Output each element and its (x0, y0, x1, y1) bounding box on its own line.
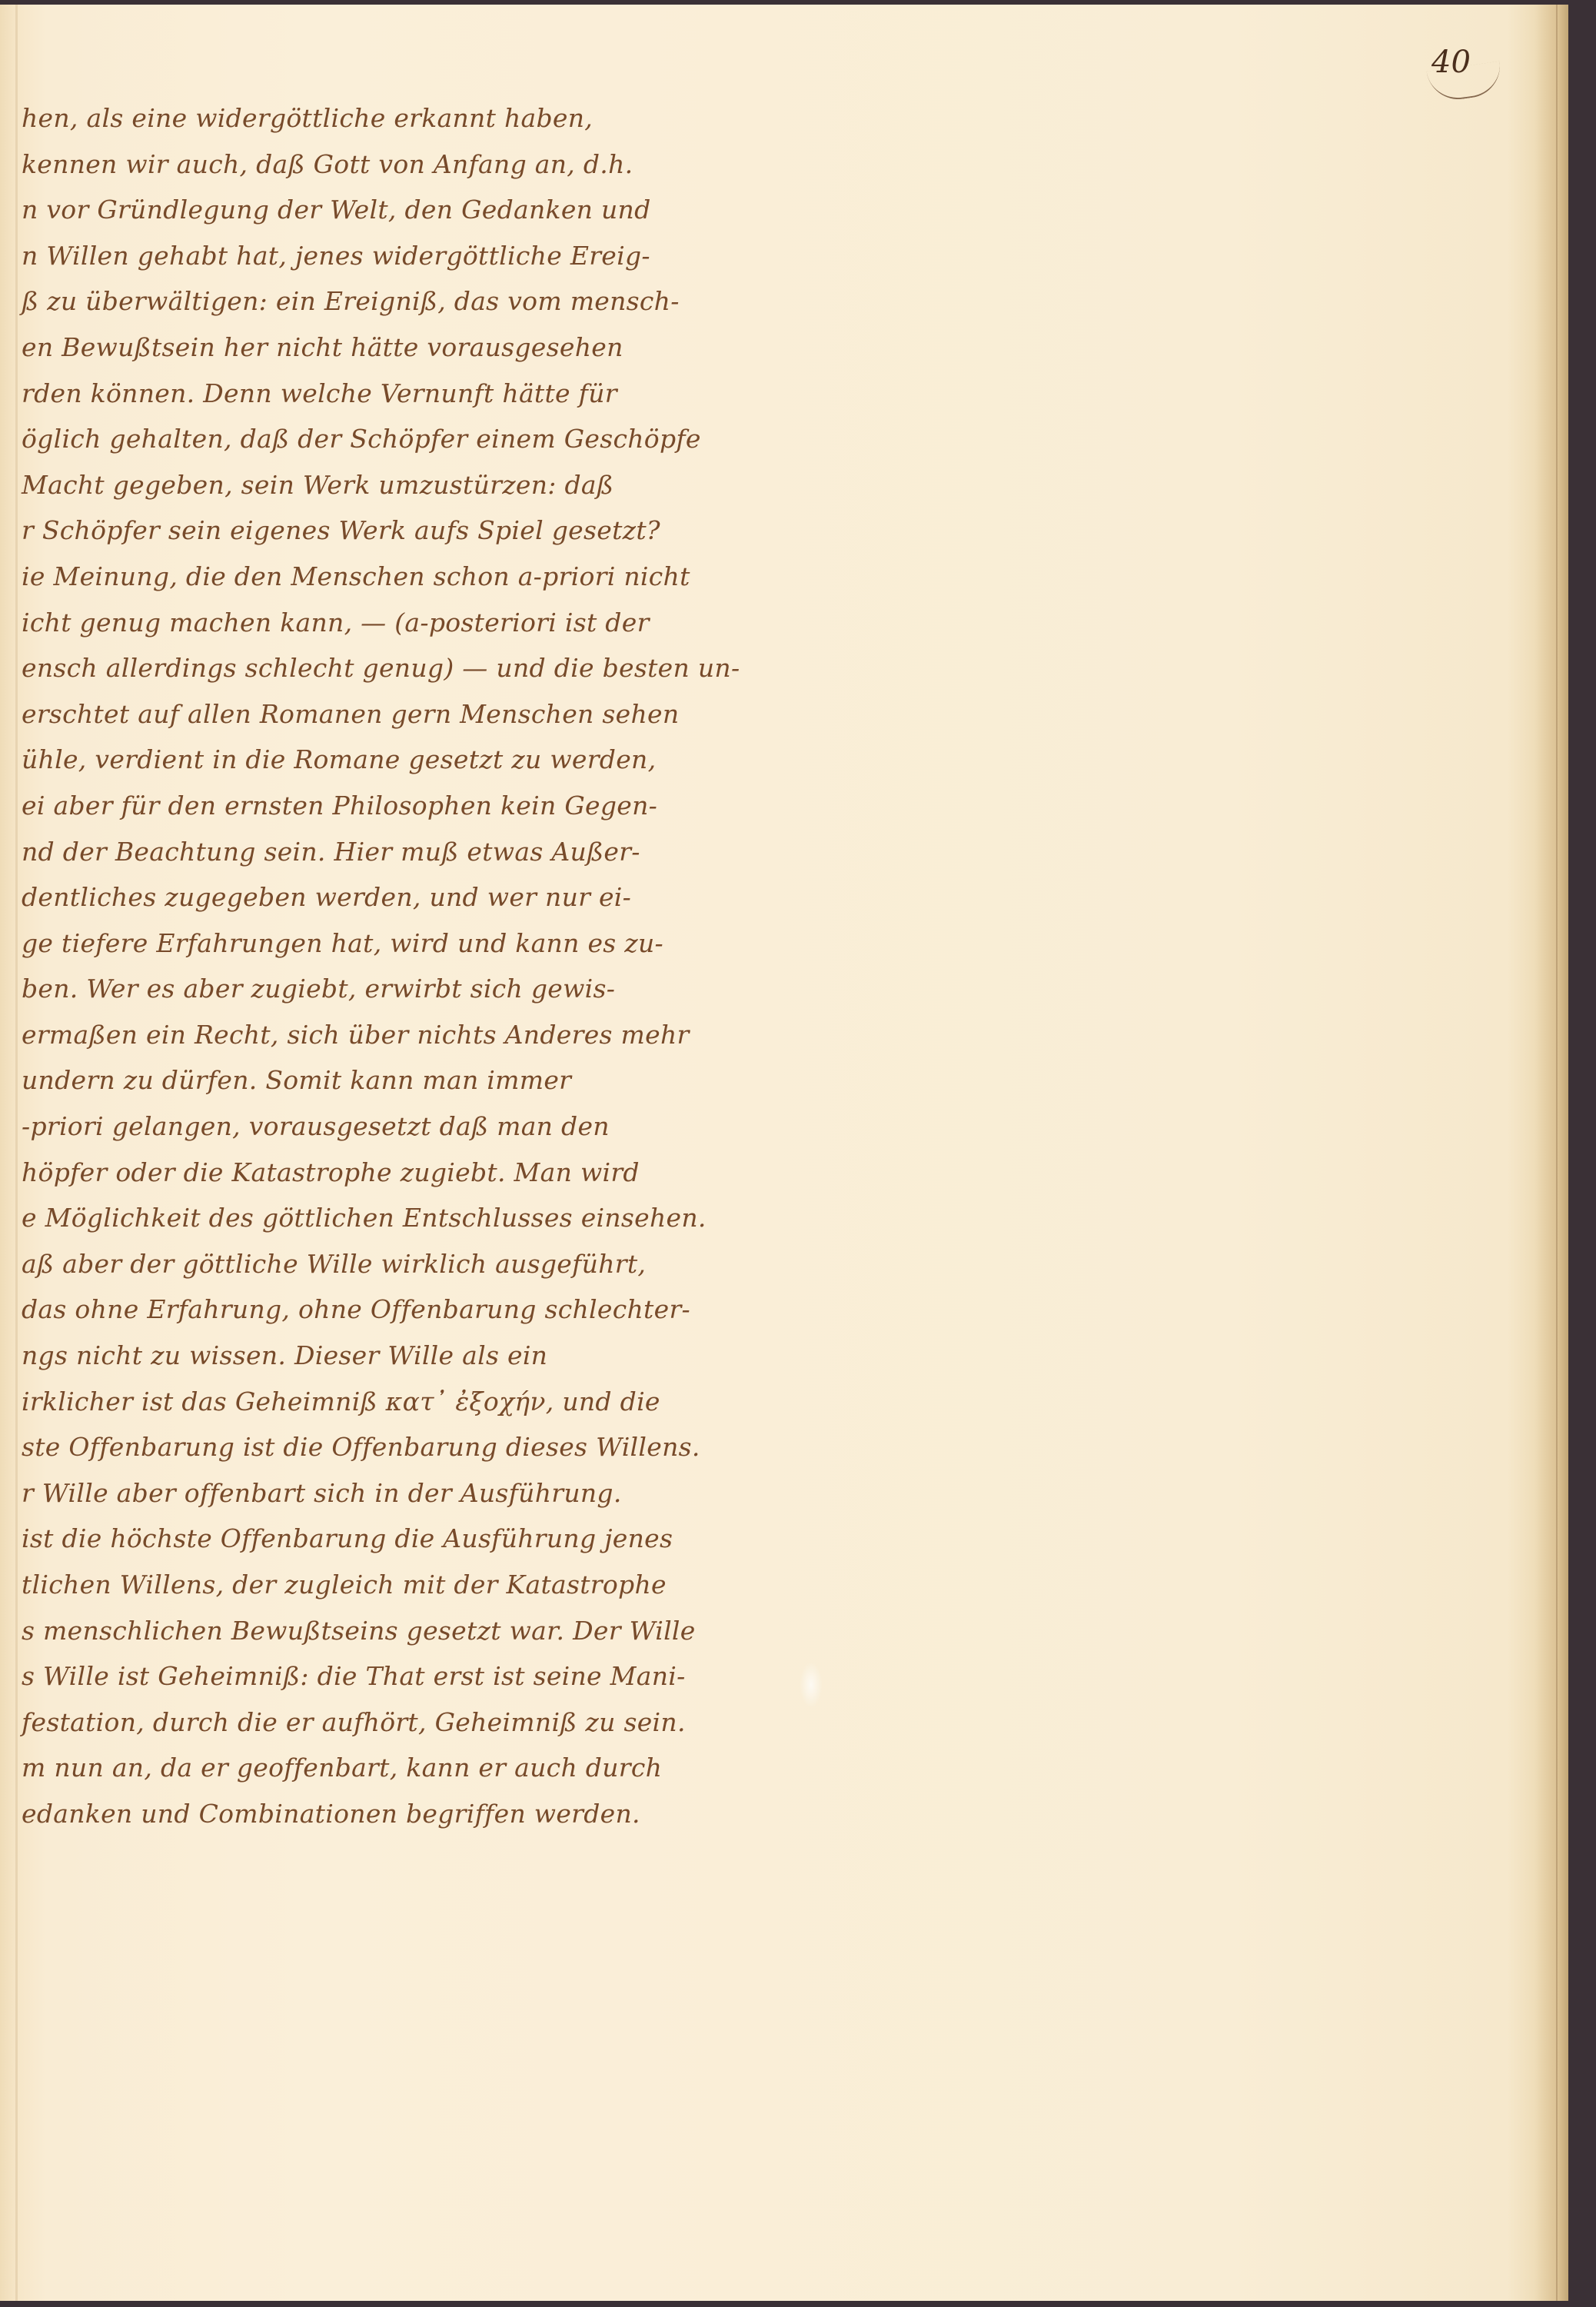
handwritten-text-block: hen, als eine widergöttliche erkannt hab… (22, 102, 836, 1843)
text-line: m nun an, da er geoffenbart, kann er auc… (22, 1751, 836, 1797)
text-line: icht genug machen kann, — (a-posteriori … (22, 606, 836, 652)
text-line: ei aber für den ernsten Philosophen kein… (22, 789, 836, 835)
text-line: n vor Gründlegung der Welt, den Gedanken… (22, 193, 836, 239)
text-line: en Bewußtsein her nicht hätte vorausgese… (22, 331, 836, 377)
text-line: öglich gehalten, daß der Schöpfer einem … (22, 422, 836, 468)
text-line: undern zu dürfen. Somit kann man immer (22, 1064, 836, 1110)
text-line: irklicher ist das Geheimniß κατ᾽ ἐξοχήν,… (22, 1385, 836, 1431)
text-line: erschtet auf allen Romanen gern Menschen… (22, 697, 836, 744)
text-line: das ohne Erfahrung, ohne Offenbarung sch… (22, 1293, 836, 1339)
text-line: r Schöpfer sein eigenes Werk aufs Spiel … (22, 514, 836, 560)
text-line: aß aber der göttliche Wille wirklich aus… (22, 1247, 836, 1293)
text-line: kennen wir auch, daß Gott von Anfang an,… (22, 148, 836, 194)
text-line: s Wille ist Geheimniß: die That erst ist… (22, 1660, 836, 1706)
text-line: ühle, verdient in die Romane gesetzt zu … (22, 743, 836, 789)
text-line: r Wille aber offenbart sich in der Ausfü… (22, 1476, 836, 1523)
text-line: ensch allerdings schlecht genug) — und d… (22, 651, 836, 697)
text-line: Macht gegeben, sein Werk umzustürzen: da… (22, 468, 836, 514)
text-line: ist die höchste Offenbarung die Ausführu… (22, 1522, 836, 1568)
text-line: dentliches zugegeben werden, und wer nur… (22, 881, 836, 927)
text-line: ngs nicht zu wissen. Dieser Wille als ei… (22, 1339, 836, 1385)
text-line: n Willen gehabt hat, jenes widergöttlich… (22, 239, 836, 285)
text-line: ge tiefere Erfahrungen hat, wird und kan… (22, 927, 836, 973)
text-line: nd der Beachtung sein. Hier muß etwas Au… (22, 835, 836, 881)
text-line: edanken und Combinationen begriffen werd… (22, 1797, 836, 1843)
text-line: hen, als eine widergöttliche erkannt hab… (22, 102, 836, 148)
manuscript-page: 40 hen, als eine widergöttliche erkannt … (0, 5, 1568, 2301)
text-line: tlichen Willens, der zugleich mit der Ka… (22, 1568, 836, 1614)
text-line: ie Meinung, die den Menschen schon a-pri… (22, 560, 836, 606)
text-line: ß zu überwältigen: ein Ereigniß, das vom… (22, 285, 836, 331)
text-line: festation, durch die er aufhört, Geheimn… (22, 1706, 836, 1752)
text-line: ste Offenbarung ist die Offenbarung dies… (22, 1430, 836, 1476)
text-line: ben. Wer es aber zugiebt, erwirbt sich g… (22, 972, 836, 1018)
text-line: ermaßen ein Recht, sich über nichts Ande… (22, 1018, 836, 1064)
page-right-edge (1534, 5, 1568, 2301)
text-line: -priori gelangen, vorausgesetzt daß man … (22, 1110, 836, 1156)
text-line: s menschlichen Bewußtseins gesetzt war. … (22, 1614, 836, 1660)
text-line: e Möglichkeit des göttlichen Entschlusse… (22, 1201, 836, 1247)
text-line: höpfer oder die Katastrophe zugiebt. Man… (22, 1156, 836, 1202)
text-line: rden können. Denn welche Vernunft hätte … (22, 377, 836, 423)
